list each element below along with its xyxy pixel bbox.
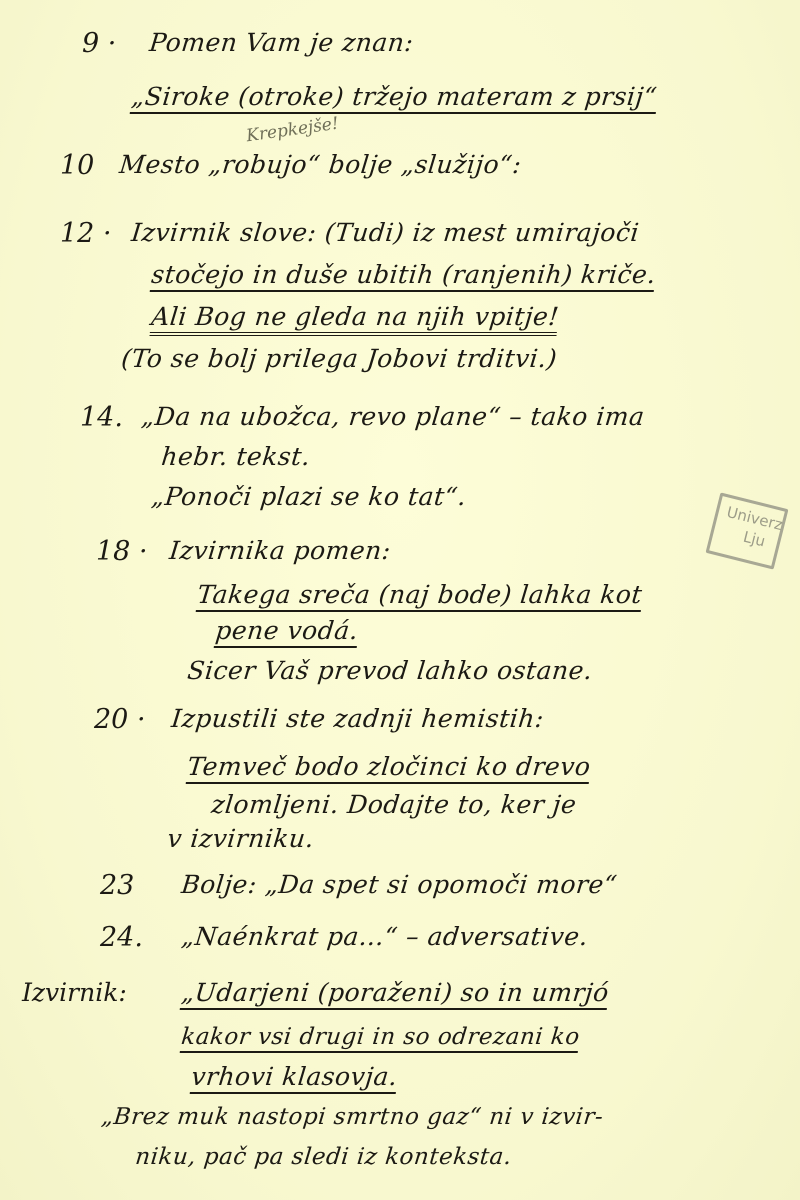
izvirnik-line-4: „Brez muk nastopi smrtno gaz“ ni v izvir… (100, 1104, 605, 1130)
izvirnik-label: Izvirnik: (22, 978, 127, 1007)
izvirnik-line-2-text: kakor vsi drugi in so odrezani ko (180, 1024, 581, 1053)
izvirnik-line-1: „Udarjeni (poraženi) so in umrjó (180, 978, 610, 1007)
entry-23-line-1: Bolje: „Da spet si opomoči more“ (180, 870, 619, 899)
entry-12-line-2: stočejo in duše ubitih (ranjenih) kriče. (150, 260, 657, 289)
entry-number-18: 18 · (96, 536, 148, 567)
entry-14-line-2: hebr. tekst. (160, 442, 312, 471)
entry-18-line-1: Izvirnika pomen: (168, 536, 392, 565)
entry-12-line-3: Ali Bog ne gleda na njih vpitje! (150, 302, 561, 331)
izvirnik-line-3: vrhovi klasovja. (190, 1062, 399, 1091)
entry-18-line-2: Takega sreča (naj bode) lahka kot (196, 580, 644, 609)
pencil-note: Krepkejše! (245, 114, 340, 147)
entry-number-24: 24. (100, 922, 143, 953)
entry-number-14: 14. (80, 402, 123, 433)
entry-18-line-2-text: Takega sreča (naj bode) lahka kot (196, 580, 644, 612)
entry-12-line-3-text: Ali Bog ne gleda na njih vpitje! (149, 302, 560, 336)
izvirnik-line-1-text: „Udarjeni (poraženi) so in umrjó (180, 978, 611, 1010)
entry-20-line-2: Temveč bodo zločinci ko drevo (186, 752, 592, 781)
entry-18-line-3-text: pene vodá. (214, 616, 360, 648)
library-stamp: Univerz Lju (706, 492, 789, 569)
entry-12-line-2-text: stočejo in duše ubitih (ranjenih) kriče. (150, 260, 658, 292)
izvirnik-line-3-text: vrhovi klasovja. (190, 1062, 399, 1094)
entry-14-line-3: „Ponoči plazi se ko tat“. (150, 482, 468, 511)
entry-14-line-1: „Da na ubožca, revo plane“ – tako ima (140, 402, 646, 431)
izvirnik-line-2: kakor vsi drugi in so odrezani ko (180, 1024, 581, 1050)
entry-18-line-3: pene vodá. (214, 616, 360, 645)
izvirnik-line-5: niku, pač pa sledi iz konteksta. (134, 1144, 513, 1170)
entry-number-23: 23 (100, 870, 134, 901)
entry-20-line-4: v izvirniku. (166, 824, 316, 853)
entry-9-line-2: „Siroke (otroke) tržejo materam z prsij“ (130, 82, 659, 111)
entry-12-line-1: Izvirnik slove: (Tudi) iz mest umirajoči (130, 218, 641, 247)
entry-24-line-1: „Naénkrat pa…“ – adversative. (180, 922, 590, 951)
manuscript-page: 9 · Pomen Vam je znan: „Siroke (otroke) … (0, 0, 800, 1200)
entry-9-line-2-text: „Siroke (otroke) tržejo materam z prsij“ (130, 82, 659, 114)
entry-20-line-2-text: Temveč bodo zločinci ko drevo (186, 752, 592, 784)
entry-number-10: 10 (60, 150, 94, 181)
entry-number-9: 9 · (82, 28, 116, 59)
entry-10-line-1: Mesto „robujo“ bolje „služijo“: (118, 150, 523, 179)
entry-12-line-4: (To se bolj prilega Jobovi trditvi.) (120, 344, 559, 373)
entry-20-line-3: zlomljeni. Dodajte to, ker je (210, 790, 578, 819)
entry-20-line-1: Izpustili ste zadnji hemistih: (170, 704, 546, 733)
entry-number-20: 20 · (94, 704, 146, 735)
entry-18-line-4: Sicer Vaš prevod lahko ostane. (186, 656, 594, 685)
entry-number-12: 12 · (60, 218, 112, 249)
entry-9-line-1: Pomen Vam je znan: (148, 28, 415, 57)
